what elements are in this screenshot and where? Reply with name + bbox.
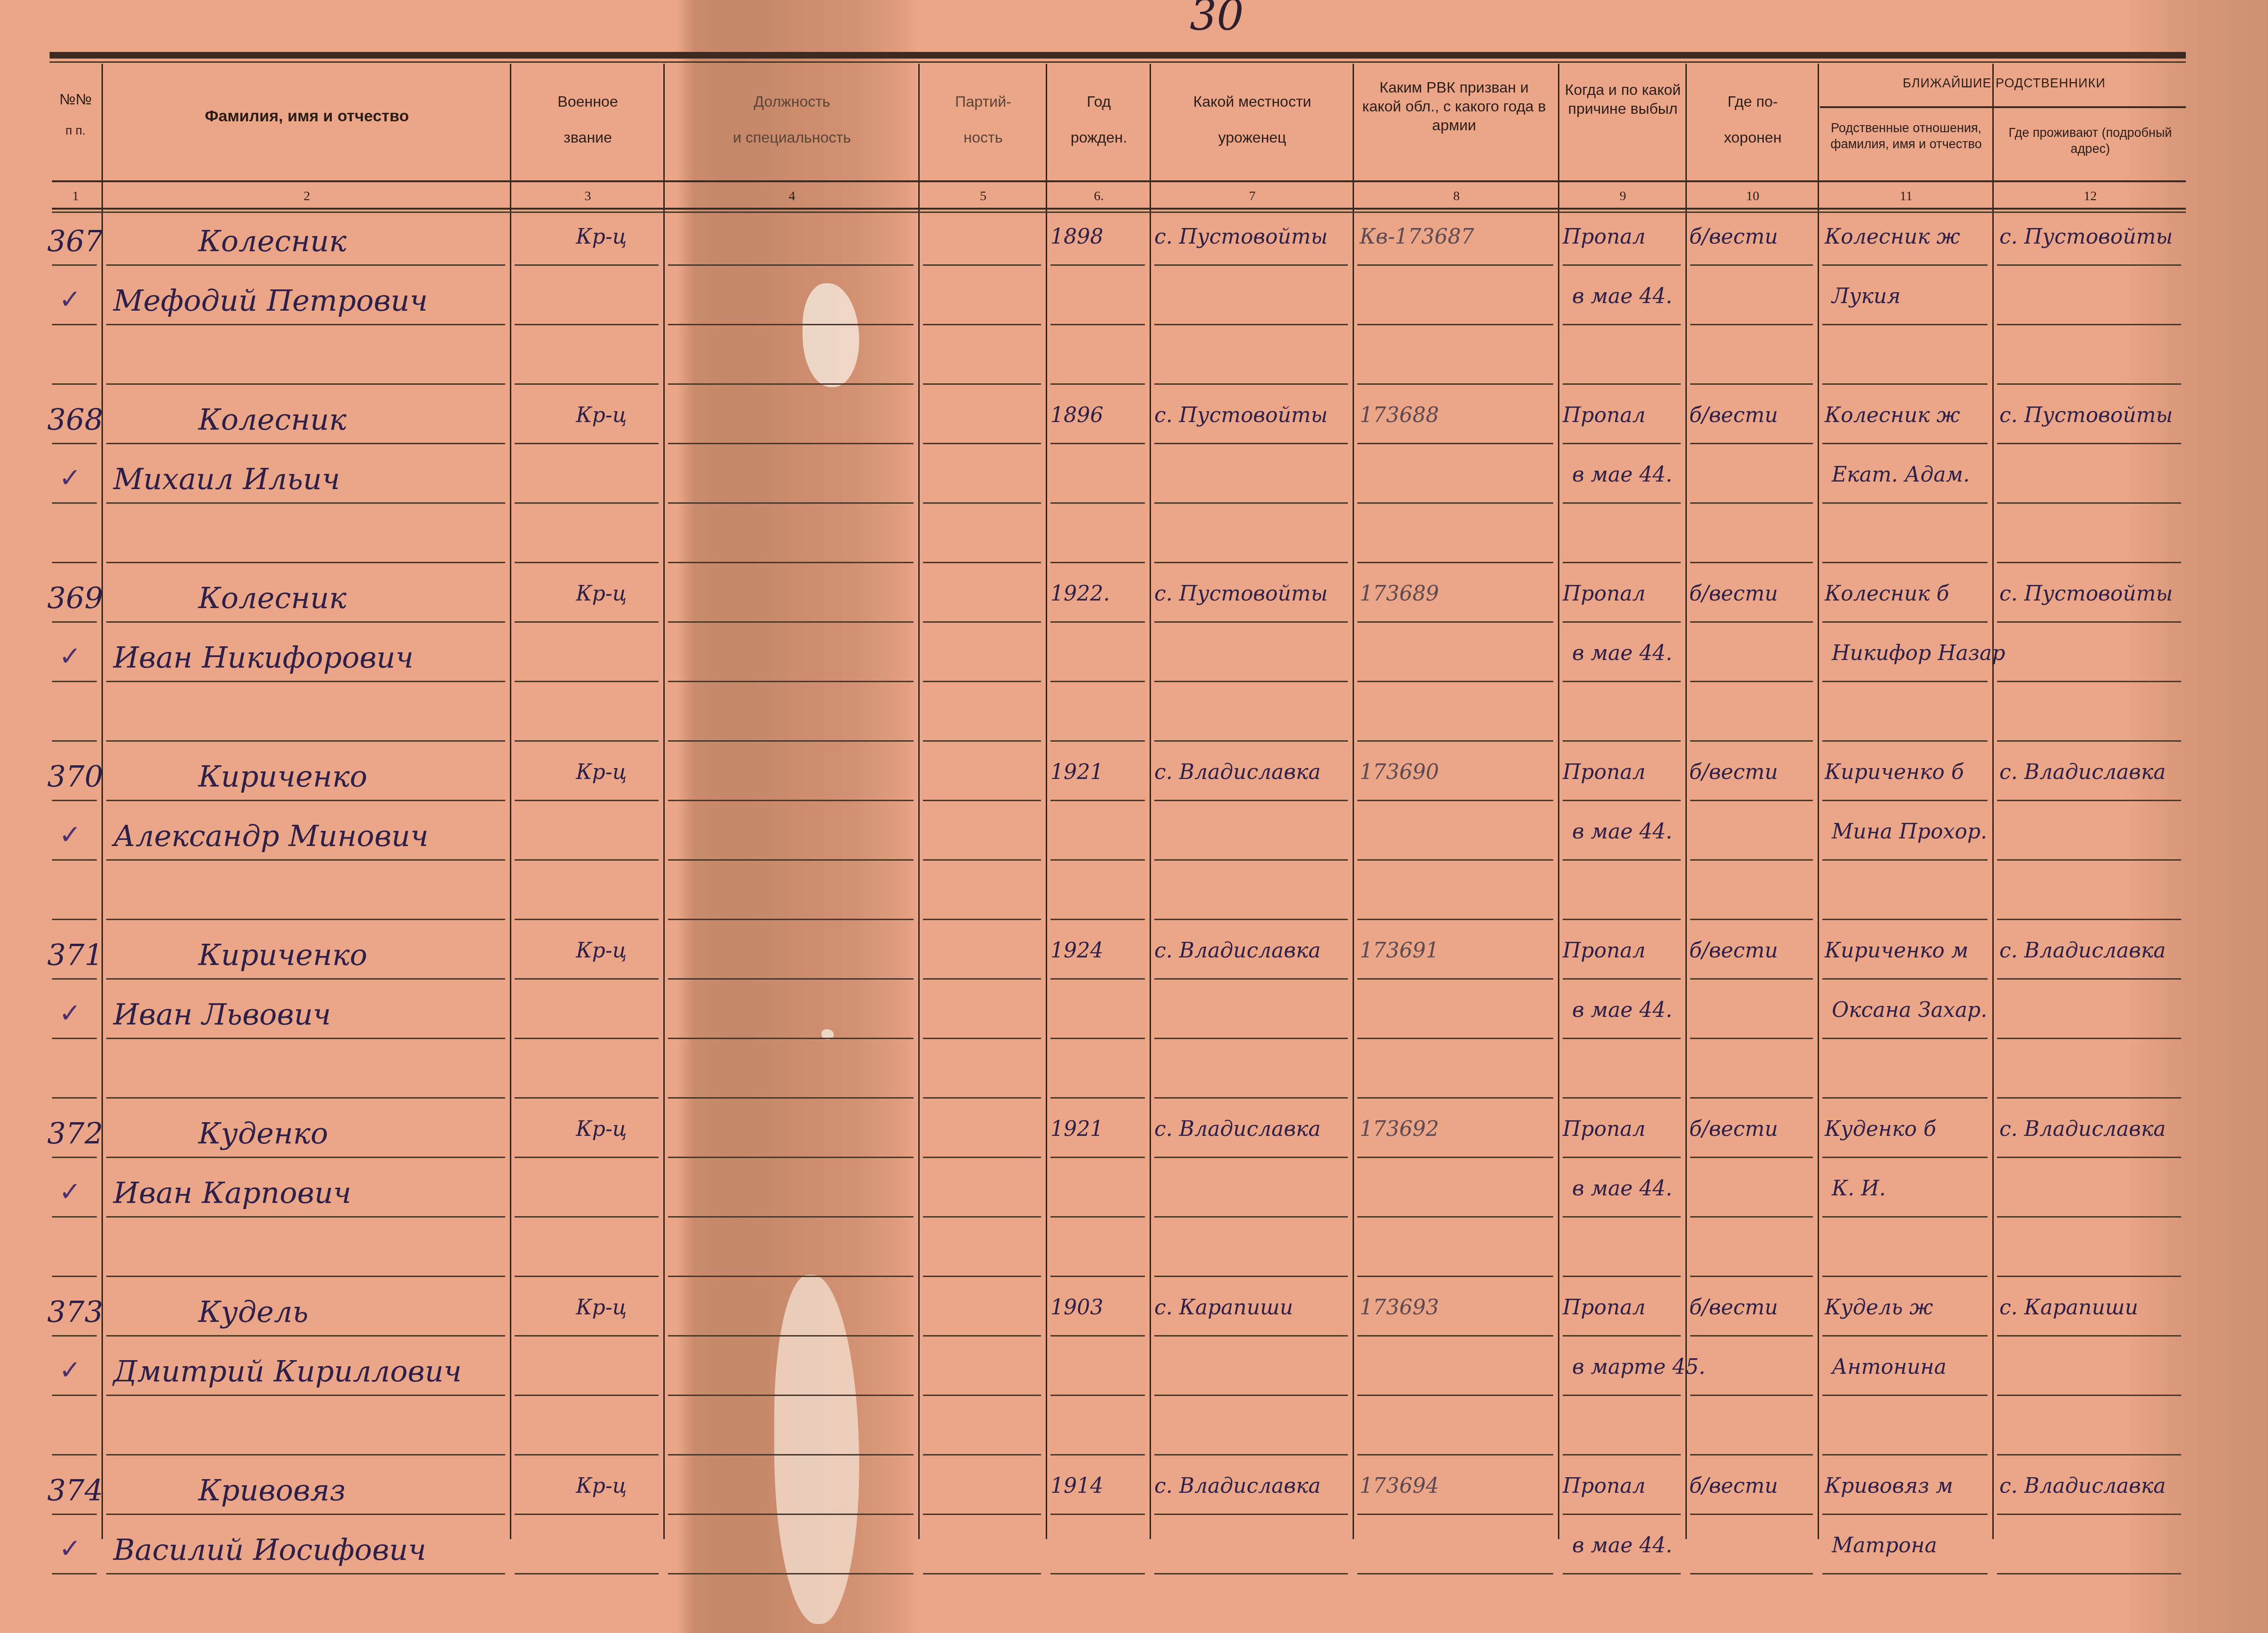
verified-checkmark: ✓	[59, 998, 81, 1029]
row-rule	[52, 1038, 97, 1039]
relative-name-line2: Матрона	[1832, 1535, 1937, 1556]
row-rule	[515, 1514, 659, 1515]
row-number: 369	[47, 584, 103, 613]
row-rule	[1997, 562, 2181, 563]
burial-place: б/вести	[1689, 584, 1778, 604]
military-rank: Кр-ц	[576, 940, 627, 961]
colnum-10: 10	[1688, 189, 1818, 204]
colnum-11: 11	[1820, 189, 1992, 204]
row-number: 372	[47, 1119, 103, 1148]
row-rule	[1357, 383, 1553, 385]
row-rule	[515, 264, 659, 266]
row-rule	[1050, 1038, 1145, 1039]
row-rule	[515, 1097, 659, 1099]
row-rule	[1822, 740, 1988, 742]
row-rule	[1563, 919, 1681, 920]
colnum-9: 9	[1560, 189, 1685, 204]
birthplace: с. Владиславка	[1154, 940, 1320, 961]
fate-line2: в мае 44.	[1572, 465, 1672, 485]
row-rule	[1997, 919, 2181, 920]
row-rule	[515, 443, 659, 444]
row-rule	[1822, 978, 1988, 980]
row-rule	[1154, 1573, 1348, 1574]
row-rule	[515, 1276, 659, 1277]
row-rule	[1822, 1038, 1988, 1039]
row-rule	[1822, 859, 1988, 861]
birth-year: 1898	[1050, 227, 1103, 247]
row-rule	[1822, 1216, 1988, 1218]
column-divider	[1992, 64, 1994, 1539]
row-rule	[1690, 1514, 1813, 1515]
verified-checkmark: ✓	[59, 463, 81, 493]
fate-line2: в мае 44.	[1572, 1000, 1672, 1021]
row-rule	[1154, 978, 1348, 980]
row-rule	[1690, 681, 1813, 682]
row-rule	[923, 562, 1041, 563]
row-rule	[1154, 443, 1348, 444]
verified-checkmark: ✓	[59, 284, 81, 315]
row-rule	[1822, 324, 1988, 325]
row-rule	[1050, 502, 1145, 504]
row-rule	[668, 919, 914, 920]
row-rule	[1357, 1395, 1553, 1396]
relative-name-line1: Кириченко б	[1825, 762, 1964, 783]
row-rule	[1690, 919, 1813, 920]
column-divider	[1353, 64, 1354, 1539]
fate-line1: Пропал	[1563, 940, 1646, 961]
row-rule	[923, 681, 1041, 682]
relative-name-line2: Мина Прохор.	[1832, 821, 1987, 842]
row-rule	[52, 740, 97, 742]
row-rule	[668, 324, 914, 325]
colnum-8: 8	[1355, 189, 1558, 204]
row-rule	[1357, 1157, 1553, 1158]
burial-place: б/вести	[1689, 1476, 1778, 1497]
row-rule	[106, 1157, 505, 1158]
row-rule	[1154, 1276, 1348, 1277]
rvk-number: 173691	[1360, 940, 1439, 961]
row-rule	[923, 383, 1041, 385]
rvk-number: 173688	[1360, 405, 1439, 426]
row-rule	[106, 1335, 505, 1337]
row-rule	[1997, 1038, 2181, 1039]
row-rule	[1154, 800, 1348, 801]
column-divider	[1558, 64, 1559, 1539]
birth-year: 1922.	[1050, 584, 1110, 604]
surname: Кириченко	[198, 940, 367, 970]
given-name-patronymic: Иван Никифорович	[113, 643, 414, 672]
row-rule	[923, 978, 1041, 980]
row-rule	[668, 1454, 914, 1455]
birth-year: 1914	[1050, 1476, 1103, 1497]
row-rule	[1050, 800, 1145, 801]
row-rule	[1050, 443, 1145, 444]
birthplace: с. Пустовойты	[1154, 405, 1328, 426]
row-rule	[1050, 383, 1145, 385]
row-rule	[1357, 621, 1553, 623]
row-rule	[923, 1276, 1041, 1277]
row-rule	[1997, 1157, 2181, 1158]
row-rule	[106, 1276, 505, 1277]
row-rule	[923, 1514, 1041, 1515]
row-rule	[1690, 740, 1813, 742]
row-rule	[1154, 919, 1348, 920]
row-rule	[1690, 1157, 1813, 1158]
row-rule	[106, 978, 505, 980]
relative-name-line1: Колесник ж	[1825, 227, 1960, 247]
given-name-patronymic: Иван Львович	[113, 1000, 331, 1029]
row-rule	[1997, 383, 2181, 385]
row-rule	[923, 919, 1041, 920]
birth-year: 1921	[1050, 1119, 1103, 1140]
row-rule	[1997, 621, 2181, 623]
row-rule	[1154, 1514, 1348, 1515]
column-divider	[918, 64, 920, 1539]
row-rule	[923, 264, 1041, 266]
row-rule	[515, 1216, 659, 1218]
row-rule	[923, 1454, 1041, 1455]
military-rank: Кр-ц	[576, 762, 627, 783]
relative-name-line1: Куденко б	[1825, 1119, 1936, 1140]
row-rule	[1997, 1335, 2181, 1337]
colnum-6: 6.	[1048, 189, 1150, 204]
row-rule	[52, 1216, 97, 1218]
row-rule	[1050, 1454, 1145, 1455]
row-rule	[1690, 1454, 1813, 1455]
surname: Колесник	[198, 227, 347, 256]
row-rule	[106, 443, 505, 444]
row-rule	[1563, 1335, 1681, 1337]
row-number: 367	[47, 227, 103, 256]
row-rule	[1820, 106, 2186, 108]
military-rank: Кр-ц	[576, 405, 627, 426]
given-name-patronymic: Мефодий Петрович	[113, 286, 428, 315]
birthplace: с. Владиславка	[1154, 1476, 1320, 1497]
given-name-patronymic: Василий Иосифович	[113, 1535, 426, 1565]
row-rule	[1822, 562, 1988, 563]
relative-name-line1: Кириченко м	[1825, 940, 1969, 961]
row-rule	[515, 324, 659, 325]
surname: Колесник	[198, 584, 347, 613]
row-rule	[52, 1157, 97, 1158]
row-rule	[1690, 383, 1813, 385]
row-rule	[1690, 1573, 1813, 1574]
column-divider	[510, 64, 511, 1539]
header-col10: Где по- хоронен	[1688, 92, 1818, 147]
relative-name-line2: Никифор Назар	[1832, 643, 2005, 664]
row-rule	[668, 740, 914, 742]
row-rule	[52, 264, 97, 266]
row-rule	[515, 383, 659, 385]
row-rule	[668, 1514, 914, 1515]
birth-year: 1924	[1050, 940, 1103, 961]
row-rule	[52, 383, 97, 385]
column-divider	[663, 64, 665, 1539]
given-name-patronymic: Михаил Ильич	[113, 465, 340, 494]
surname: Куденко	[198, 1119, 328, 1148]
row-rule	[1357, 1276, 1553, 1277]
row-rule	[1357, 1514, 1553, 1515]
row-number: 368	[47, 405, 103, 434]
verified-checkmark: ✓	[59, 1176, 81, 1207]
header-col7: Какой местности уроженец	[1152, 92, 1353, 147]
birthplace: с. Пустовойты	[1154, 227, 1328, 247]
fate-line1: Пропал	[1563, 1119, 1646, 1140]
row-rule	[515, 681, 659, 682]
row-rule	[1050, 681, 1145, 682]
row-rule	[1563, 1573, 1681, 1574]
birthplace: с. Владиславка	[1154, 1119, 1320, 1140]
row-rule	[1563, 383, 1681, 385]
row-rule	[923, 621, 1041, 623]
row-rule	[1997, 1573, 2181, 1574]
row-rule	[1822, 1157, 1988, 1158]
row-rule	[106, 1514, 505, 1515]
row-rule	[52, 562, 97, 563]
military-rank: Кр-ц	[576, 584, 627, 604]
row-rule	[1690, 800, 1813, 801]
row-rule	[1563, 502, 1681, 504]
row-rule	[668, 383, 914, 385]
row-rule	[923, 800, 1041, 801]
row-rule	[1563, 1157, 1681, 1158]
header-col3: Военное звание	[512, 92, 663, 147]
row-rule	[1357, 1038, 1553, 1039]
row-rule	[106, 1395, 505, 1396]
header-col6: Год рожден.	[1048, 92, 1150, 147]
row-rule	[515, 800, 659, 801]
row-rule	[1997, 800, 2181, 801]
military-rank: Кр-ц	[576, 1476, 627, 1497]
relative-address: с. Владиславка	[1999, 762, 2166, 783]
column-divider	[1685, 64, 1687, 1539]
relative-name-line2: Антонина	[1832, 1357, 1946, 1378]
row-rule	[1357, 681, 1553, 682]
row-rule	[1154, 1157, 1348, 1158]
row-rule	[923, 1216, 1041, 1218]
row-rule	[1997, 443, 2181, 444]
row-rule	[1050, 1573, 1145, 1574]
row-rule	[1050, 1097, 1145, 1099]
row-rule	[1690, 264, 1813, 266]
row-rule	[1563, 800, 1681, 801]
colnum-4: 4	[666, 189, 918, 204]
header-top-rule	[50, 52, 2186, 59]
row-rule	[923, 740, 1041, 742]
row-rule	[1563, 264, 1681, 266]
row-rule	[1822, 383, 1988, 385]
row-number: 371	[47, 940, 103, 970]
header-col5: Партий- ность	[921, 92, 1046, 147]
row-rule	[1997, 681, 2181, 682]
row-rule	[1997, 1276, 2181, 1277]
burial-place: б/вести	[1689, 405, 1778, 426]
row-rule	[52, 324, 97, 325]
row-rule	[52, 212, 2186, 213]
row-rule	[515, 1395, 659, 1396]
row-rule	[1357, 562, 1553, 563]
row-rule	[923, 1573, 1041, 1574]
row-rule	[923, 1157, 1041, 1158]
row-rule	[1050, 562, 1145, 563]
row-rule	[1822, 1454, 1988, 1455]
row-number: 370	[47, 762, 103, 791]
row-rule	[668, 264, 914, 266]
row-rule	[1690, 859, 1813, 861]
row-rule	[1822, 800, 1988, 801]
row-rule	[1822, 681, 1988, 682]
burial-place: б/вести	[1689, 1297, 1778, 1318]
fate-line1: Пропал	[1563, 405, 1646, 426]
row-rule	[1563, 1454, 1681, 1455]
military-rank: Кр-ц	[576, 227, 627, 247]
row-rule	[515, 919, 659, 920]
row-rule	[1050, 1276, 1145, 1277]
surname: Колесник	[198, 405, 347, 434]
row-rule	[1822, 1573, 1988, 1574]
fate-line1: Пропал	[1563, 1476, 1646, 1497]
birth-year: 1921	[1050, 762, 1103, 783]
row-rule	[1357, 978, 1553, 980]
fate-line2: в мае 44.	[1572, 1178, 1672, 1199]
row-rule	[52, 180, 2186, 182]
birth-year: 1903	[1050, 1297, 1103, 1318]
row-rule	[106, 681, 505, 682]
row-rule	[1357, 1335, 1553, 1337]
row-rule	[1154, 264, 1348, 266]
row-rule	[1154, 859, 1348, 861]
birthplace: с. Пустовойты	[1154, 584, 1328, 604]
rvk-number: 173692	[1360, 1119, 1439, 1140]
row-rule	[1563, 1395, 1681, 1396]
row-rule	[1997, 1216, 2181, 1218]
burial-place: б/вести	[1689, 762, 1778, 783]
row-rule	[923, 1038, 1041, 1039]
row-rule	[1997, 324, 2181, 325]
relative-address: с. Пустовойты	[1999, 584, 2173, 604]
row-rule	[1997, 1454, 2181, 1455]
rvk-number: 173693	[1360, 1297, 1439, 1318]
row-rule	[1357, 1454, 1553, 1455]
row-rule	[1154, 324, 1348, 325]
row-rule	[1154, 621, 1348, 623]
row-rule	[52, 1276, 97, 1277]
row-rule	[668, 1335, 914, 1337]
fate-line1: Пропал	[1563, 584, 1646, 604]
row-rule	[1563, 1097, 1681, 1099]
row-rule	[106, 1573, 505, 1574]
row-rule	[1822, 443, 1988, 444]
row-rule	[1154, 681, 1348, 682]
row-rule	[1690, 621, 1813, 623]
row-rule	[106, 1454, 505, 1455]
row-rule	[52, 919, 97, 920]
row-rule	[1690, 1038, 1813, 1039]
relative-address: с. Пустовойты	[1999, 405, 2173, 426]
row-rule	[668, 1276, 914, 1277]
verified-checkmark: ✓	[59, 1355, 81, 1386]
row-rule	[1690, 443, 1813, 444]
colnum-7: 7	[1152, 189, 1353, 204]
row-rule	[1357, 1573, 1553, 1574]
fate-line1: Пропал	[1563, 227, 1646, 247]
row-rule	[668, 859, 914, 861]
row-rule	[923, 1395, 1041, 1396]
rvk-number: Кв-173687	[1360, 227, 1474, 247]
military-rank: Кр-ц	[576, 1297, 627, 1318]
row-rule	[1690, 562, 1813, 563]
row-rule	[923, 1097, 1041, 1099]
row-rule	[52, 1395, 97, 1396]
relative-name-line2: Лукия	[1832, 286, 1901, 307]
row-rule	[1822, 1514, 1988, 1515]
row-number: 374	[47, 1476, 103, 1505]
row-rule	[923, 324, 1041, 325]
row-rule	[1690, 1395, 1813, 1396]
row-rule	[1822, 1276, 1988, 1277]
row-rule	[1997, 978, 2181, 980]
row-rule	[1050, 1157, 1145, 1158]
row-rule	[1690, 1276, 1813, 1277]
row-rule	[668, 562, 914, 563]
row-rule	[1563, 1216, 1681, 1218]
header-top-rule-thin	[50, 61, 2186, 63]
row-rule	[1997, 740, 2181, 742]
row-rule	[668, 1038, 914, 1039]
row-rule	[106, 1216, 505, 1218]
row-rule	[923, 502, 1041, 504]
row-rule	[1822, 621, 1988, 623]
relative-address: с. Владиславка	[1999, 1119, 2166, 1140]
row-rule	[1563, 740, 1681, 742]
row-rule	[515, 740, 659, 742]
column-divider	[1818, 64, 1819, 1539]
row-rule	[106, 740, 505, 742]
row-rule	[515, 502, 659, 504]
row-rule	[52, 208, 2186, 210]
row-rule	[52, 1454, 97, 1455]
row-rule	[52, 621, 97, 623]
row-rule	[106, 621, 505, 623]
given-name-patronymic: Александр Минович	[113, 821, 429, 851]
row-rule	[1154, 1335, 1348, 1337]
rvk-number: 173690	[1360, 762, 1439, 783]
row-rule	[1563, 1038, 1681, 1039]
row-rule	[1822, 502, 1988, 504]
row-rule	[668, 443, 914, 444]
row-rule	[1690, 1097, 1813, 1099]
row-rule	[1154, 740, 1348, 742]
row-rule	[1357, 800, 1553, 801]
colnum-2: 2	[104, 189, 510, 204]
row-rule	[923, 443, 1041, 444]
row-rule	[1154, 1454, 1348, 1455]
row-rule	[1357, 264, 1553, 266]
row-rule	[1690, 502, 1813, 504]
row-rule	[668, 1216, 914, 1218]
row-rule	[1563, 1514, 1681, 1515]
row-rule	[1563, 681, 1681, 682]
row-rule	[1357, 1097, 1553, 1099]
relative-name-line1: Кривовяз м	[1825, 1476, 1953, 1497]
given-name-patronymic: Дмитрий Кириллович	[113, 1357, 462, 1386]
row-rule	[106, 1097, 505, 1099]
row-rule	[106, 383, 505, 385]
row-rule	[106, 264, 505, 266]
row-rule	[1357, 740, 1553, 742]
colnum-3: 3	[512, 189, 663, 204]
row-rule	[1154, 562, 1348, 563]
